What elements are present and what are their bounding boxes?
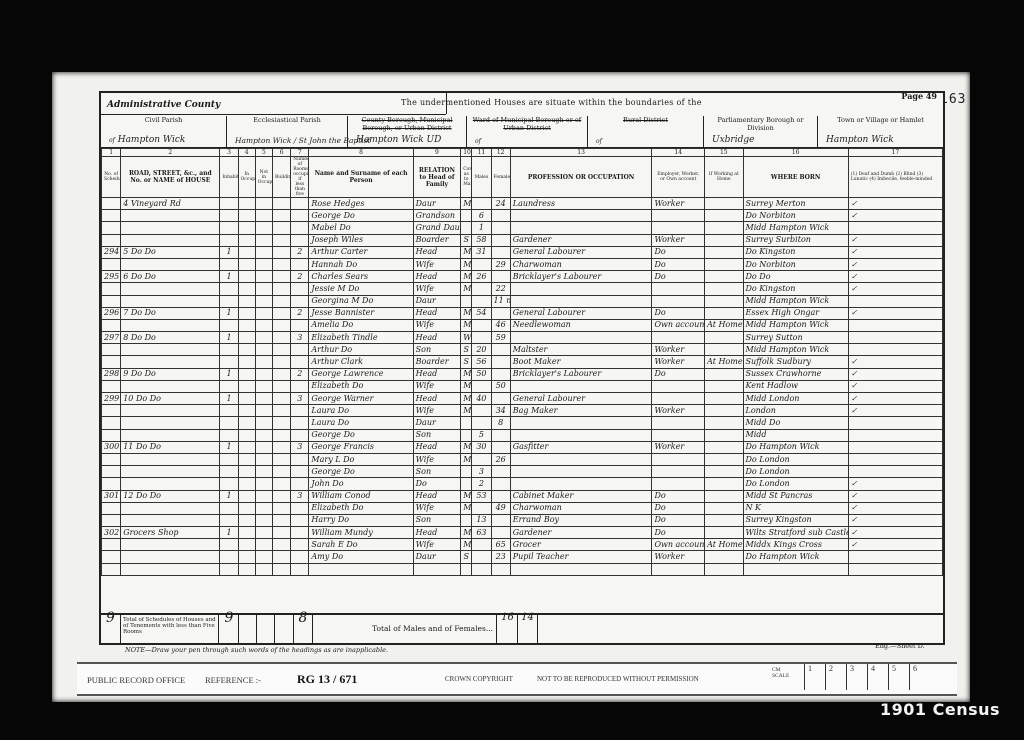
cell-infirmity: ✓ — [848, 283, 942, 295]
cell-building — [273, 356, 291, 368]
parliamentary-borough: Parliamentary Borough or Division Uxbrid… — [704, 116, 818, 147]
cell-occupation — [510, 295, 652, 307]
caption: 1901 Census — [880, 700, 1000, 719]
cell-relation: Grandson — [413, 210, 461, 222]
cell-person-name: Jesse Bannister — [309, 307, 413, 319]
cell-occupation: Grocer — [510, 539, 652, 551]
cell-infirmity — [848, 319, 942, 331]
table-row: Arthur ClarkBoarderS56Boot MakerWorkerAt… — [102, 356, 943, 368]
cell-person-name: Arthur Carter — [309, 246, 413, 258]
sheet-header: Administrative County The undermentioned… — [101, 93, 943, 148]
cell-schedule-no — [102, 234, 121, 246]
cell-age-female — [491, 356, 510, 368]
cell-age-male — [472, 332, 491, 344]
totals-row: 9 Total of Schedules of Houses and of Te… — [101, 613, 943, 643]
cell-working-at-home — [705, 332, 743, 344]
cell-age-male — [472, 380, 491, 392]
cell-inhabited — [220, 539, 238, 551]
cell-not-in-occupation — [255, 356, 272, 368]
cell-rooms — [291, 283, 309, 295]
footer-reference: RG 13 / 671 — [297, 672, 357, 687]
cell-occupation: Pupil Teacher — [510, 551, 652, 563]
cell-rooms: 2 — [291, 271, 309, 283]
cell-where-born: Do London — [743, 466, 848, 478]
cell-where-born: Surrey Kingston — [743, 514, 848, 526]
cell-age-female — [491, 490, 510, 502]
cell-age-male — [472, 502, 491, 514]
cell-schedule-no — [102, 210, 121, 222]
cell-infirmity: ✓ — [848, 246, 942, 258]
table-row: Amelia DoWifeM46NeedlewomanOwn accountAt… — [102, 319, 943, 331]
table-row: Harry DoSon13Errand BoyDoSurrey Kingston… — [102, 514, 943, 526]
cell-condition — [461, 478, 472, 490]
cell-condition: M — [461, 527, 472, 539]
cell-age-male — [472, 283, 491, 295]
cell-employer-worker: Do — [652, 527, 705, 539]
cell-condition: M — [461, 441, 472, 453]
column-number: 9 — [413, 149, 461, 157]
cell-in-occupation — [238, 210, 255, 222]
cell-occupation: Laundress — [510, 198, 652, 210]
cell-schedule-no: 302 — [102, 527, 121, 539]
cell-occupation — [510, 466, 652, 478]
cell-not-in-occupation — [255, 539, 272, 551]
cell-relation: Wife — [413, 539, 461, 551]
cell-condition: S — [461, 234, 472, 246]
col-age-males: Males — [472, 157, 491, 198]
cell-building — [273, 527, 291, 539]
cell-inhabited: 1 — [220, 307, 238, 319]
cell-age-male: 6 — [472, 210, 491, 222]
cell-building — [273, 453, 291, 465]
cell-age-female — [491, 246, 510, 258]
cell-schedule-no — [102, 283, 121, 295]
cell-in-occupation — [238, 295, 255, 307]
total-inhabited: 9 — [220, 615, 239, 643]
table-row: 2945 Do Do12Arthur CarterHeadM31General … — [102, 246, 943, 258]
table-row: Hannah DoWifeM29CharwomanDoDo Norbiton✓ — [102, 258, 943, 270]
cell-building — [273, 307, 291, 319]
table-row: 2978 Do Do13Elizabeth TindleHeadWid59Sur… — [102, 332, 943, 344]
cell-in-occupation — [238, 417, 255, 429]
cell-infirmity: ✓ — [848, 539, 942, 551]
cell-building — [273, 502, 291, 514]
cell-not-in-occupation — [255, 307, 272, 319]
cell-age-male: 1 — [472, 222, 491, 234]
cell-not-in-occupation — [255, 466, 272, 478]
cell-occupation — [510, 453, 652, 465]
archive-footer: PUBLIC RECORD OFFICE REFERENCE :- RG 13 … — [77, 662, 957, 696]
cell-condition: M — [461, 539, 472, 551]
cell-relation: Son — [413, 514, 461, 526]
cell-employer-worker — [652, 478, 705, 490]
column-number: 13 — [510, 149, 652, 157]
cell-employer-worker: Worker — [652, 441, 705, 453]
cell-schedule-no — [102, 453, 121, 465]
cell-relation: Wife — [413, 258, 461, 270]
cell-age-female: 34 — [491, 405, 510, 417]
cell-in-occupation — [238, 405, 255, 417]
cell-not-in-occupation — [255, 271, 272, 283]
cell-where-born: Do Hampton Wick — [743, 441, 848, 453]
cell-building — [273, 258, 291, 270]
admin-county-label: Administrative County — [107, 100, 220, 110]
cell-age-male: 3 — [472, 466, 491, 478]
town-village: Town or Village or Hamlet Hampton Wick — [818, 116, 943, 147]
cell-where-born: Sussex Crawhorne — [743, 368, 848, 380]
cell-inhabited — [220, 380, 238, 392]
col-where-born: WHERE BORN — [743, 157, 848, 198]
cell-not-in-occupation — [255, 258, 272, 270]
cell-road-house: Grocers Shop — [121, 527, 220, 539]
cell-condition — [461, 222, 472, 234]
cell-schedule-no — [102, 380, 121, 392]
cell-schedule-no: 296 — [102, 307, 121, 319]
cell-rooms — [291, 344, 309, 356]
cell-employer-worker: Worker — [652, 198, 705, 210]
town-value: Hampton Wick — [826, 135, 894, 145]
cell-in-occupation — [238, 319, 255, 331]
cell-rooms — [291, 234, 309, 246]
cell-employer-worker: Do — [652, 514, 705, 526]
cell-road-house — [121, 295, 220, 307]
cell-relation: Daur — [413, 198, 461, 210]
footer-office: PUBLIC RECORD OFFICE — [87, 675, 185, 685]
cell-condition — [461, 514, 472, 526]
cell-where-born: N K — [743, 502, 848, 514]
cell-occupation — [510, 222, 652, 234]
cell-condition: Wid — [461, 332, 472, 344]
cell-relation: Wife — [413, 380, 461, 392]
cell-where-born: Do Hampton Wick — [743, 551, 848, 563]
cell-working-at-home — [705, 527, 743, 539]
cell-where-born: Midd — [743, 429, 848, 441]
cell-person-name: George Do — [309, 429, 413, 441]
cell-employer-worker: Do — [652, 502, 705, 514]
cell-in-occupation — [238, 271, 255, 283]
cell-where-born: Do Do — [743, 271, 848, 283]
cell-not-in-occupation — [255, 319, 272, 331]
cell-in-occupation — [238, 380, 255, 392]
cell-age-male — [472, 551, 491, 563]
cell-condition: M — [461, 283, 472, 295]
cell-in-occupation — [238, 356, 255, 368]
county-borough: County Borough, Municipal Borough, or Ur… — [348, 116, 467, 147]
cell-relation: Grand Daur — [413, 222, 461, 234]
cell-not-in-occupation — [255, 405, 272, 417]
cell-rooms: 3 — [291, 441, 309, 453]
cell-rooms: 2 — [291, 246, 309, 258]
cell-working-at-home — [705, 234, 743, 246]
cell-age-female — [491, 393, 510, 405]
cell-age-male: 56 — [472, 356, 491, 368]
cell-relation: Daur — [413, 551, 461, 563]
ecclesiastical-parish: Ecclesiastical Parish Hampton Wick / St … — [227, 116, 348, 147]
cell-inhabited — [220, 344, 238, 356]
column-number: 1 — [102, 149, 121, 157]
cell-not-in-occupation — [255, 198, 272, 210]
cell-working-at-home — [705, 246, 743, 258]
table-row: 30112 Do Do13William ConodHeadM53Cabinet… — [102, 490, 943, 502]
cell-person-name: Hannah Do — [309, 258, 413, 270]
cell-employer-worker: Own account — [652, 319, 705, 331]
cell-working-at-home — [705, 283, 743, 295]
cell-rooms: 2 — [291, 368, 309, 380]
column-number: 14 — [652, 149, 705, 157]
col-in-occupation: In Occupation — [238, 157, 255, 198]
cell-occupation: Gardener — [510, 527, 652, 539]
cell-in-occupation — [238, 539, 255, 551]
cell-not-in-occupation — [255, 429, 272, 441]
cell-building — [273, 271, 291, 283]
cell-infirmity — [848, 453, 942, 465]
cell-occupation: Bricklayer's Labourer — [510, 271, 652, 283]
column-number: 15 — [705, 149, 743, 157]
total-females: 14 — [518, 615, 538, 643]
cell-age-female: 24 — [491, 198, 510, 210]
col-relation: RELATION to Head of Family — [413, 157, 461, 198]
cell-not-in-occupation — [255, 527, 272, 539]
cell-in-occupation — [238, 551, 255, 563]
cell-relation: Head — [413, 307, 461, 319]
table-row: Elizabeth DoWifeM50Kent Hadlow✓ — [102, 380, 943, 392]
cell-road-house: 7 Do Do — [121, 307, 220, 319]
cell-schedule-no — [102, 198, 121, 210]
column-number: 16 — [743, 149, 848, 157]
cell-building — [273, 478, 291, 490]
cell-road-house — [121, 466, 220, 478]
cell-age-female — [491, 344, 510, 356]
cell-not-in-occupation — [255, 514, 272, 526]
column-number: 8 — [309, 149, 413, 157]
col-not-in-occupation: Not in Occupation — [255, 157, 272, 198]
cell-occupation: Needlewoman — [510, 319, 652, 331]
footer-copyright: CROWN COPYRIGHT — [445, 675, 513, 683]
cell-person-name: Georgina M Do — [309, 295, 413, 307]
cell-age-male — [472, 198, 491, 210]
cell-where-born: Essex High Ongar — [743, 307, 848, 319]
cell-not-in-occupation — [255, 234, 272, 246]
cell-road-house: 5 Do Do — [121, 246, 220, 258]
cell-not-in-occupation — [255, 441, 272, 453]
cell-employer-worker — [652, 466, 705, 478]
sheet-label: Eng.—Sheet D. — [875, 642, 925, 650]
cell-age-male: 54 — [472, 307, 491, 319]
table-row: Amy DoDaurS23Pupil TeacherWorkerDo Hampt… — [102, 551, 943, 563]
cell-rooms — [291, 356, 309, 368]
cell-inhabited — [220, 234, 238, 246]
cell-age-male: 63 — [472, 527, 491, 539]
cell-schedule-no: 295 — [102, 271, 121, 283]
cell-schedule-no — [102, 502, 121, 514]
cell-working-at-home — [705, 429, 743, 441]
footer-reference-label: REFERENCE :- — [205, 675, 261, 685]
cell-infirmity — [848, 417, 942, 429]
cell-inhabited — [220, 198, 238, 210]
cell-relation: Son — [413, 466, 461, 478]
column-headers: No. of Schedule ROAD, STREET, &c., and N… — [102, 157, 943, 198]
cell-infirmity: ✓ — [848, 307, 942, 319]
cell-not-in-occupation — [255, 453, 272, 465]
cell-employer-worker: Do — [652, 271, 705, 283]
cell-working-at-home — [705, 210, 743, 222]
cell-relation: Wife — [413, 502, 461, 514]
total-males: 16 — [498, 615, 518, 643]
civil-parish-value: Hampton Wick — [118, 135, 186, 145]
cell-where-born: Do Norbiton — [743, 210, 848, 222]
cell-infirmity: ✓ — [848, 393, 942, 405]
cell-occupation — [510, 210, 652, 222]
cell-building — [273, 417, 291, 429]
cell-working-at-home — [705, 417, 743, 429]
cell-in-occupation — [238, 527, 255, 539]
cell-inhabited — [220, 466, 238, 478]
cell-where-born: Do Kingston — [743, 246, 848, 258]
cell-person-name: Arthur Do — [309, 344, 413, 356]
cell-age-male: 53 — [472, 490, 491, 502]
cell-condition: M — [461, 258, 472, 270]
table-row: George DoSon3Do London — [102, 466, 943, 478]
cell-person-name: Joseph Wiles — [309, 234, 413, 246]
cell-building — [273, 283, 291, 295]
cell-age-female: 59 — [491, 332, 510, 344]
cell-road-house — [121, 478, 220, 490]
cell-road-house: 8 Do Do — [121, 332, 220, 344]
cell-age-female — [491, 307, 510, 319]
cell-building — [273, 210, 291, 222]
cell-schedule-no — [102, 356, 121, 368]
col-condition: Condition as to Marriage — [461, 157, 472, 198]
cell-road-house — [121, 210, 220, 222]
cell-not-in-occupation — [255, 344, 272, 356]
census-table: 1234567891011121314151617 No. of Schedul… — [101, 148, 943, 576]
col-occupation: PROFESSION OR OCCUPATION — [510, 157, 652, 198]
cell-working-at-home — [705, 453, 743, 465]
cell-age-male — [472, 319, 491, 331]
cell-relation: Head — [413, 332, 461, 344]
cell-road-house: 9 Do Do — [121, 368, 220, 380]
cell-schedule-no — [102, 222, 121, 234]
cell-working-at-home — [705, 368, 743, 380]
table-row: Sarah E DoWifeM65GrocerOwn accountAt Hom… — [102, 539, 943, 551]
cell-age-female — [491, 429, 510, 441]
cell-occupation: Maltster — [510, 344, 652, 356]
column-number: 5 — [255, 149, 272, 157]
cell-age-female — [491, 210, 510, 222]
cell-relation: Head — [413, 393, 461, 405]
cell-where-born: Midd Hampton Wick — [743, 295, 848, 307]
cell-where-born: Suffolk Sudbury — [743, 356, 848, 368]
table-row: George DoSon5Midd — [102, 429, 943, 441]
cell-age-female — [491, 222, 510, 234]
cell-person-name: Mabel Do — [309, 222, 413, 234]
cell-schedule-no — [102, 417, 121, 429]
cell-employer-worker — [652, 295, 705, 307]
cell-in-occupation — [238, 258, 255, 270]
cell-building — [273, 295, 291, 307]
scale-mark: 1 — [804, 664, 825, 690]
cell-relation: Head — [413, 271, 461, 283]
cell-person-name: Rose Hedges — [309, 198, 413, 210]
cell-infirmity: ✓ — [848, 210, 942, 222]
col-building: Building — [273, 157, 291, 198]
cell-where-born: Midd Hampton Wick — [743, 344, 848, 356]
cell-age-male — [472, 295, 491, 307]
cell-building — [273, 429, 291, 441]
cell-person-name: William Conod — [309, 490, 413, 502]
cell-road-house — [121, 502, 220, 514]
cell-in-occupation — [238, 332, 255, 344]
cell-not-in-occupation — [255, 380, 272, 392]
cell-relation: Head — [413, 527, 461, 539]
within-text: The undermentioned Houses are situate wi… — [401, 98, 702, 107]
cell-inhabited: 1 — [220, 527, 238, 539]
cell-where-born: Kent Hadlow — [743, 380, 848, 392]
ward: Ward of Municipal Borough or of Urban Di… — [467, 116, 588, 147]
column-number: 4 — [238, 149, 255, 157]
cell-building — [273, 514, 291, 526]
cell-road-house: 6 Do Do — [121, 271, 220, 283]
column-number: 2 — [121, 149, 220, 157]
cell-age-male: 26 — [472, 271, 491, 283]
cell-inhabited: 1 — [220, 368, 238, 380]
cell-condition: M — [461, 393, 472, 405]
cell-occupation: Boot Maker — [510, 356, 652, 368]
cell-rooms — [291, 198, 309, 210]
cell-in-occupation — [238, 429, 255, 441]
cell-condition — [461, 295, 472, 307]
cell-age-female — [491, 527, 510, 539]
table-row: 2967 Do Do12Jesse BannisterHeadM54Genera… — [102, 307, 943, 319]
cell-inhabited — [220, 295, 238, 307]
cell-infirmity — [848, 295, 942, 307]
cell-schedule-no: 297 — [102, 332, 121, 344]
cell-not-in-occupation — [255, 417, 272, 429]
cell-where-born: Do Kingston — [743, 283, 848, 295]
cell-inhabited — [220, 319, 238, 331]
cell-working-at-home — [705, 258, 743, 270]
cell-where-born: Surrey Surbiton — [743, 234, 848, 246]
cell-employer-worker — [652, 332, 705, 344]
cell-in-occupation — [238, 514, 255, 526]
cell-rooms — [291, 222, 309, 234]
cell-person-name: Sarah E Do — [309, 539, 413, 551]
scale-mark: 5 — [888, 664, 909, 690]
cell-employer-worker: Worker — [652, 344, 705, 356]
total-rooms: 8 — [294, 615, 313, 643]
cell-relation: Daur — [413, 417, 461, 429]
table-row: 2956 Do Do12Charles SearsHeadM26Bricklay… — [102, 271, 943, 283]
cell-road-house — [121, 417, 220, 429]
cell-rooms: 3 — [291, 393, 309, 405]
cell-working-at-home — [705, 405, 743, 417]
cell-road-house — [121, 319, 220, 331]
cell-age-male — [472, 417, 491, 429]
cell-road-house — [121, 283, 220, 295]
cell-inhabited: 1 — [220, 441, 238, 453]
cell-working-at-home — [705, 502, 743, 514]
cell-where-born: Do Norbiton — [743, 258, 848, 270]
cell-road-house — [121, 405, 220, 417]
cell-not-in-occupation — [255, 332, 272, 344]
cell-schedule-no — [102, 478, 121, 490]
cell-where-born: Do London — [743, 453, 848, 465]
cell-building — [273, 234, 291, 246]
cell-occupation: General Labourer — [510, 246, 652, 258]
cell-road-house — [121, 222, 220, 234]
cell-rooms — [291, 539, 309, 551]
cell-age-male: 2 — [472, 478, 491, 490]
